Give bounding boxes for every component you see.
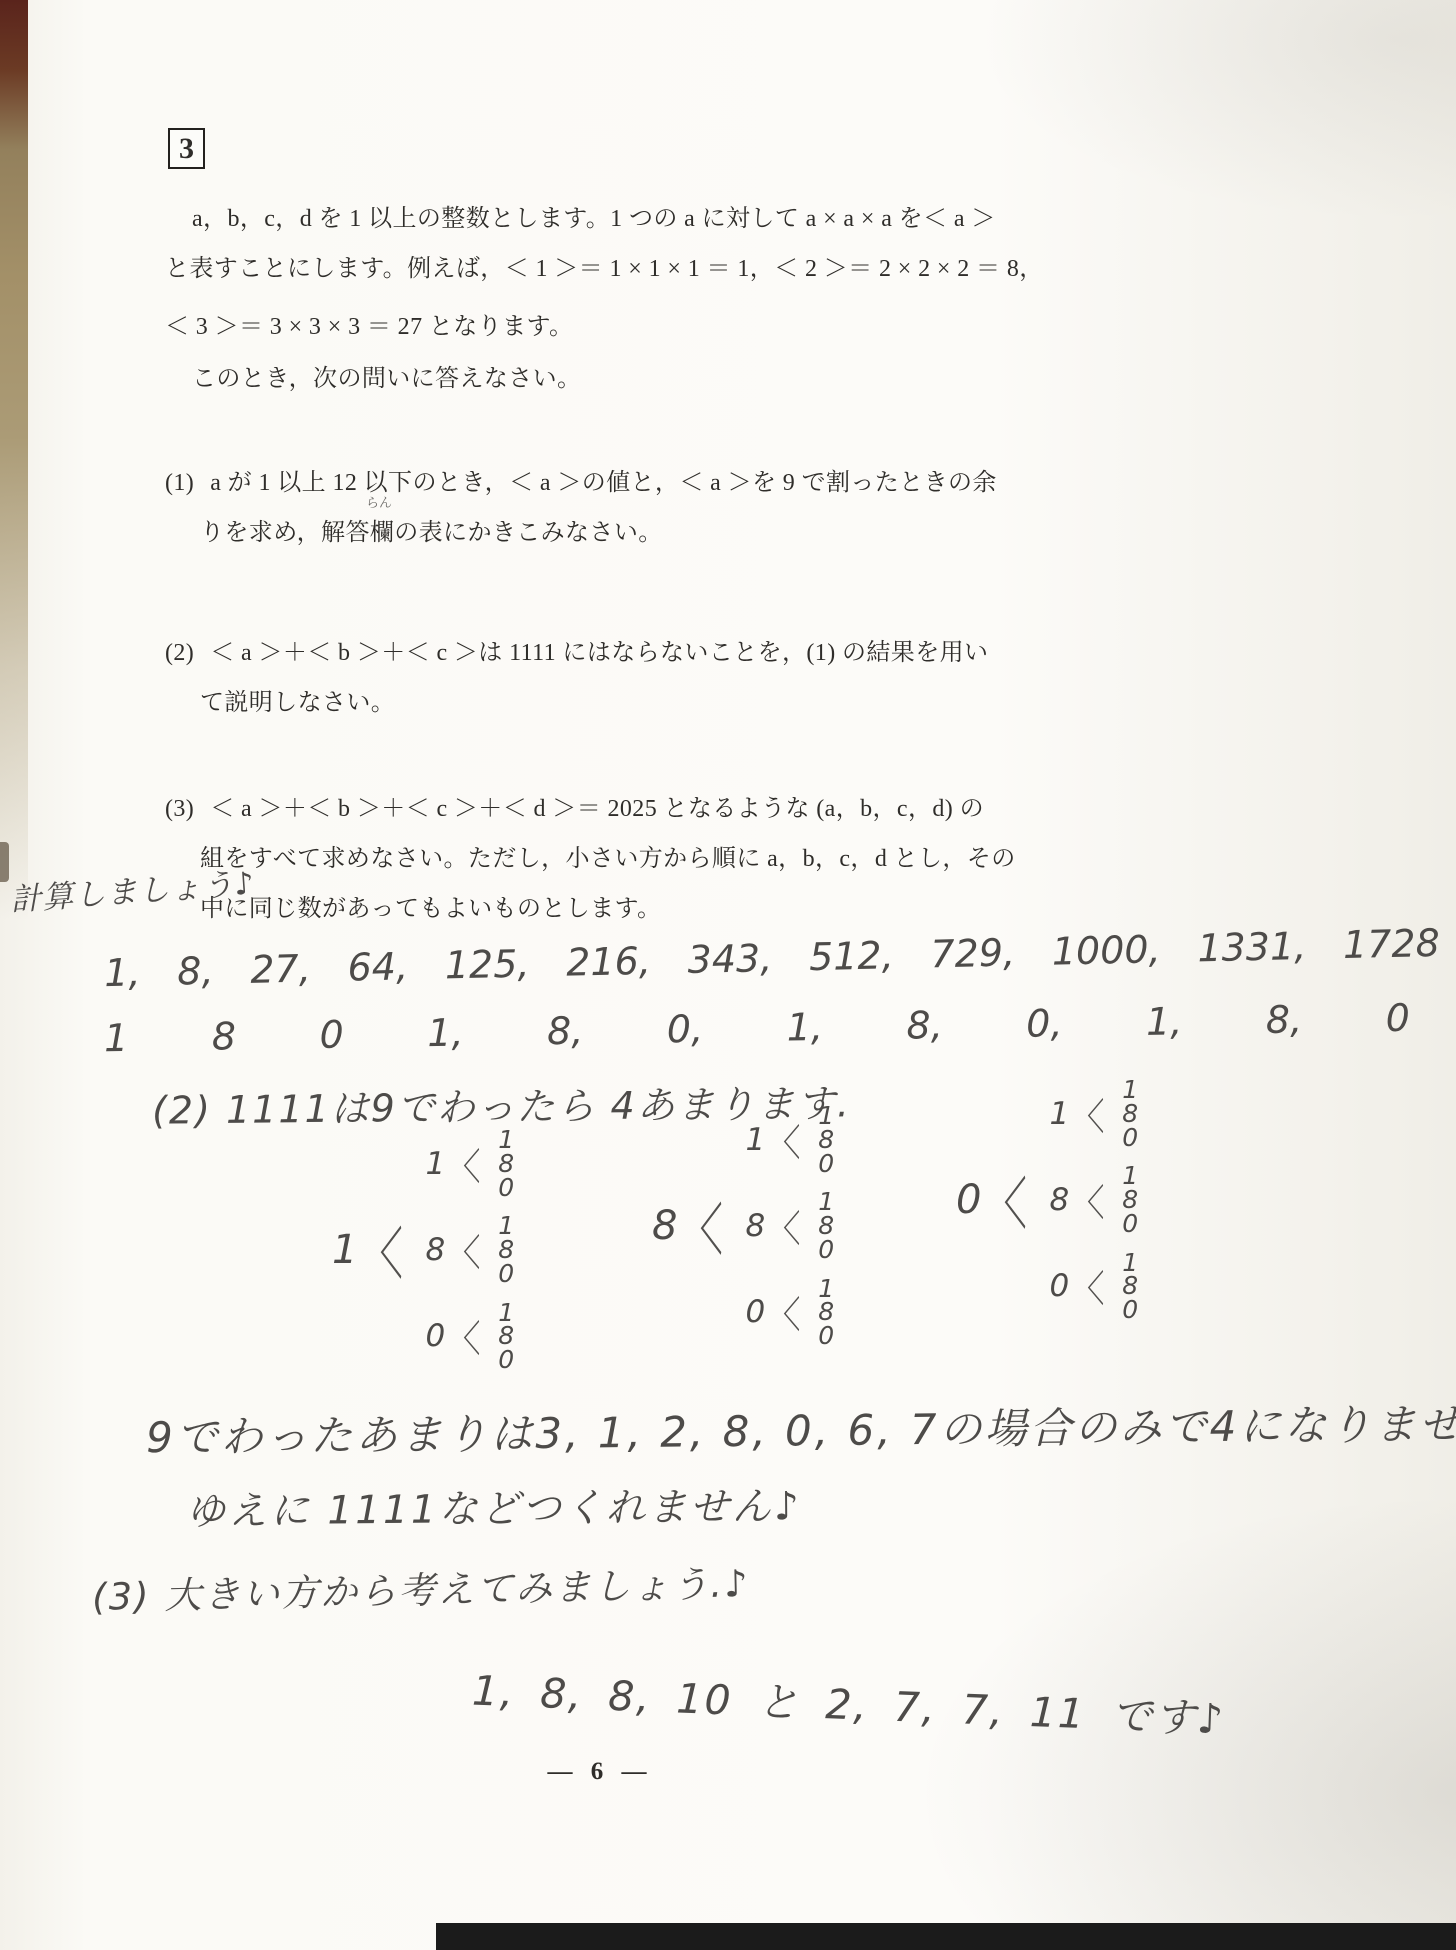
tree-root-value: 1 (332, 1227, 357, 1273)
tree-leaf-stack: 180 (1122, 1078, 1138, 1149)
tree-leaf-stack: 180 (498, 1301, 514, 1372)
cube-value: 512, (809, 933, 895, 979)
branch-chevron-icon: ＜ (1086, 1253, 1106, 1320)
intro-line: このとき，次の問いに答えなさい。 (192, 358, 581, 393)
remainder-value: 0 (1385, 996, 1410, 1040)
tree-leaf-value: 0 (1122, 1212, 1138, 1236)
question-2-text: ＜ a ＞＋＜ b ＞＋＜ c ＞は 1111 にはならないことを，(1) の結… (210, 640, 988, 666)
tree-child-value: 8 (1049, 1182, 1069, 1218)
tree-leaf-value: 8 (1122, 1102, 1138, 1126)
cube-value: 27, (250, 946, 311, 991)
tree-leaf-value: 0 (498, 1262, 514, 1286)
tree-child-value: 0 (745, 1294, 765, 1330)
question-1-label: (1) (165, 470, 194, 496)
tree-leaf-stack: 180 (498, 1214, 514, 1285)
tree-leaf-stack: 180 (1122, 1251, 1138, 1322)
tree-children: 1＜1808＜1800＜180 (745, 1104, 834, 1348)
tree-leaf-value: 0 (818, 1152, 834, 1176)
tree-leaf-stack: 180 (498, 1128, 514, 1199)
remainder-value: 1, (427, 1011, 464, 1056)
tree-leaf-value: 8 (818, 1128, 834, 1152)
branch-chevron-icon: ＜ (1086, 1080, 1106, 1147)
tree-branch: 1＜180 (1049, 1078, 1138, 1149)
tree-leaf-stack: 180 (818, 1104, 834, 1175)
remainder-tree-1: 1＜1＜1808＜1800＜180 (332, 1128, 514, 1372)
tree-leaf-stack: 180 (1122, 1164, 1138, 1235)
tree-root-value: 0 (956, 1177, 981, 1223)
tree-leaf-value: 0 (1122, 1126, 1138, 1150)
tree-branch: 1＜180 (745, 1104, 834, 1175)
tree-branch: 8＜180 (425, 1214, 514, 1285)
remainder-value: 1, (786, 1005, 823, 1050)
question-1-line: (1)a が 1 以上 12 以下のとき，＜ a ＞の値と，＜ a ＞を 9 で… (165, 462, 997, 497)
handwritten-part3-note: (3) 大きい方から考えてみましょう.♪ (92, 1553, 751, 1621)
question-3-label: (3) (165, 796, 194, 822)
remainder-value: 8, (906, 1003, 943, 1048)
branch-chevron-icon: ＜ (1086, 1167, 1106, 1234)
tree-branch: 8＜180 (1049, 1164, 1138, 1235)
tree-child-value: 0 (1049, 1268, 1069, 1304)
scan-edge-strip (0, 0, 28, 1150)
branch-chevron-icon: ＜ (378, 1200, 405, 1299)
remainder-value: 8, (1265, 997, 1302, 1042)
cube-value: 343, (687, 936, 773, 982)
branch-chevron-icon: ＜ (462, 1303, 482, 1370)
question-3-text: ＜ a ＞＋＜ b ＞＋＜ c ＞＋＜ d ＞＝ 2025 となるような (a，… (210, 796, 984, 822)
branch-chevron-icon: ＜ (782, 1279, 802, 1346)
question-3-line: (3)＜ a ＞＋＜ b ＞＋＜ c ＞＋＜ d ＞＝ 2025 となるような … (165, 788, 984, 823)
scan-footer-bar (436, 1923, 1456, 1950)
cube-value: 125, (444, 942, 530, 988)
remainder-value: 8 (211, 1014, 236, 1058)
remainder-value: 0, (1026, 1001, 1063, 1046)
cube-value: 8, (177, 949, 214, 994)
question-2-line: (2)＜ a ＞＋＜ b ＞＋＜ c ＞は 1111 にはならないことを，(1)… (165, 632, 988, 667)
tree-leaf-stack: 180 (818, 1277, 834, 1348)
intro-line: a，b，c，d を 1 以上の整数とします。1 つの a に対して a × a … (192, 198, 996, 233)
tree-children: 1＜1808＜1800＜180 (1049, 1078, 1138, 1322)
scan-edge-notch (0, 842, 9, 882)
tree-child-value: 8 (745, 1208, 765, 1244)
furigana-note: らん (366, 492, 392, 511)
tree-branch: 0＜180 (745, 1277, 834, 1348)
tree-child-value: 1 (745, 1122, 765, 1158)
tree-leaf-stack: 180 (818, 1190, 834, 1261)
problem-number-box: 3 (168, 128, 205, 169)
tree-branch: 8＜180 (745, 1190, 834, 1261)
tree-leaf-value: 0 (498, 1176, 514, 1200)
tree-child-value: 1 (425, 1146, 445, 1182)
handwritten-cubes-row: 1,8,27,64,125,216,343,512,729,1000,1331,… (104, 921, 1441, 995)
question-3-line: 中に同じ数があってもよいものとします。 (200, 888, 661, 923)
remainder-value: 0 (319, 1012, 344, 1056)
cube-value: 1331, (1197, 924, 1307, 970)
tree-leaf-value: 0 (1122, 1298, 1138, 1322)
intro-line: ＜ 3 ＞＝ 3 × 3 × 3 ＝ 27 となります。 (165, 306, 573, 341)
remainder-tree-3: 0＜1＜1808＜1800＜180 (956, 1078, 1138, 1322)
tree-children: 1＜1808＜1800＜180 (425, 1128, 514, 1372)
problem-number: 3 (179, 132, 194, 165)
tree-child-value: 0 (425, 1318, 445, 1354)
cube-value: 64, (347, 944, 408, 989)
branch-chevron-icon: ＜ (462, 1130, 482, 1197)
branch-chevron-icon: ＜ (698, 1176, 725, 1275)
tree-leaf-value: 0 (818, 1324, 834, 1348)
remainder-value: 8, (547, 1009, 584, 1054)
cube-value: 1000, (1051, 927, 1161, 973)
cube-value: 216, (566, 939, 652, 985)
cube-value: 729, (930, 930, 1016, 976)
branch-chevron-icon: ＜ (782, 1193, 802, 1260)
page-number: — 6 — (500, 1758, 700, 1786)
question-3-line: 組をすべて求めなさい。ただし，小さい方から順に a，b，c，d とし，その (200, 838, 1016, 873)
tree-branch: 0＜180 (425, 1301, 514, 1372)
remainder-value: 1 (104, 1016, 129, 1060)
tree-leaf-value: 0 (498, 1348, 514, 1372)
cube-value: 1, (104, 950, 141, 995)
handwritten-remainder-summary: 9でわったあまりは3, 1, 2, 8, 0, 6, 7の場合のみで4になりませ… (146, 1391, 1456, 1465)
handwritten-conclusion: ゆえに 1111などつくれません♪ (186, 1475, 802, 1536)
tree-root-value: 8 (652, 1203, 677, 1249)
remainder-tree-2: 8＜1＜1808＜1800＜180 (652, 1104, 834, 1348)
tree-branch: 1＜180 (425, 1128, 514, 1199)
remainder-value: 0, (666, 1007, 703, 1052)
intro-line: と表すことにします。例えば，＜ 1 ＞＝ 1 × 1 × 1 ＝ 1，＜ 2 ＞… (165, 248, 1044, 283)
question-2-line: て説明しなさい。 (200, 682, 395, 717)
remainder-value: 1, (1146, 999, 1183, 1044)
tree-leaf-value: 0 (818, 1238, 834, 1262)
tree-child-value: 1 (1049, 1096, 1069, 1132)
question-2-label: (2) (165, 640, 194, 666)
question-1-line: りを求め，解答欄の表にかきこみなさい。 (200, 512, 663, 547)
tree-leaf-value: 8 (498, 1152, 514, 1176)
tree-child-value: 8 (425, 1232, 445, 1268)
branch-chevron-icon: ＜ (1002, 1150, 1029, 1249)
branch-chevron-icon: ＜ (782, 1106, 802, 1173)
tree-branch: 0＜180 (1049, 1251, 1138, 1322)
handwritten-remainders-row: 1801,8,0,1,8,0,1,8,0 (104, 996, 1411, 1061)
branch-chevron-icon: ＜ (462, 1217, 482, 1284)
handwritten-answer: 1, 8, 8, 10 と 2, 7, 7, 11 です♪ (471, 1658, 1226, 1746)
cube-value: 1728 (1343, 921, 1441, 967)
question-1-text: a が 1 以上 12 以下のとき，＜ a ＞の値と，＜ a ＞を 9 で割った… (210, 470, 997, 496)
scanned-exam-page: 3 a，b，c，d を 1 以上の整数とします。1 つの a に対して a × … (0, 0, 1456, 1950)
